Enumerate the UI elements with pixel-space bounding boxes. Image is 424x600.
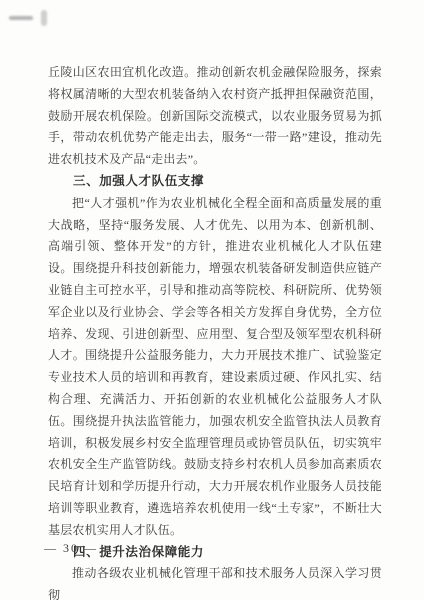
text-block: 丘陵山区农田宜机化改造。推动创新农机金融保险服务，探索将权属清晰的大型农机装备纳…: [48, 62, 382, 600]
scan-artifact-smudge: [9, 16, 33, 20]
page-number: — 30 —: [44, 541, 98, 556]
section-heading-4: 四、提升法治保障能力: [48, 542, 382, 564]
scan-artifact-smudge: [41, 10, 47, 26]
section-3-body: 把“人才强机”作为农业机械化全程全面和高质量发展的重大战略，坚持“服务发展、人才…: [48, 193, 382, 542]
document-page: 丘陵山区农田宜机化改造。推动创新农机金融保险服务，探索将权属清晰的大型农机装备纳…: [0, 0, 424, 600]
section-4-body: 推动各级农业机械化管理干部和技术服务人员深入学习贯彻: [48, 563, 382, 600]
paragraph-continuation: 丘陵山区农田宜机化改造。推动创新农机金融保险服务，探索将权属清晰的大型农机装备纳…: [48, 62, 382, 171]
section-heading-3: 三、加强人才队伍支撑: [48, 171, 382, 193]
